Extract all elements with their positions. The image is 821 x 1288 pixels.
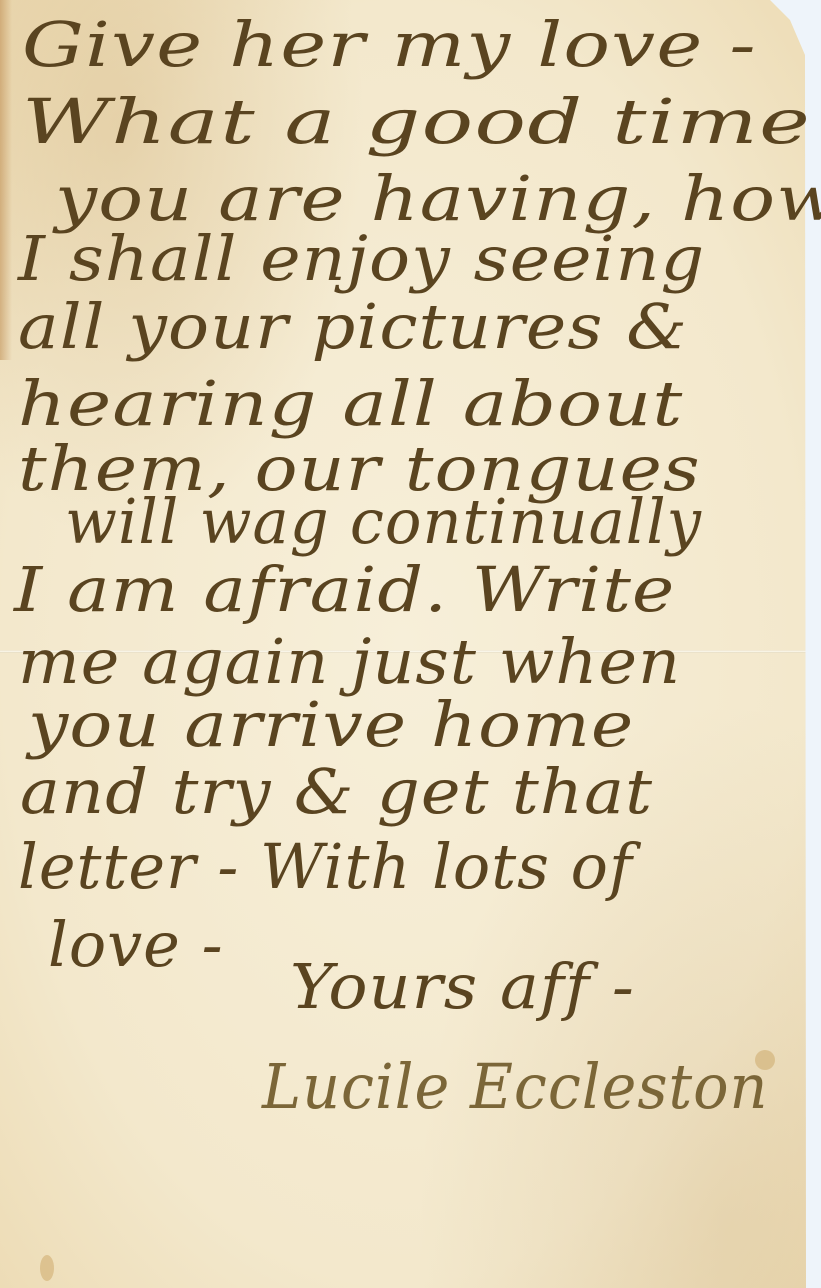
letter-body: Give her my love - What a good time you … [0,0,808,1288]
letter-line: and try & get that [20,755,653,828]
letter-signature: Lucile Eccleston [262,1050,768,1123]
letter-line: hearing all about [18,367,683,440]
letter-line: letter - With lots of [18,830,633,903]
letter-closing: Yours aff - [290,950,635,1023]
letter-line: I shall enjoy seeing [18,222,705,295]
letter-line: Give her my love - [22,8,757,81]
letter-line: all your pictures & [18,290,688,363]
letter-line: What a good time [22,85,811,158]
letter-line: I am afraid. Write [14,553,675,626]
letter-line: love - [48,908,224,981]
letter-line: you arrive home [28,688,634,761]
letter-line: will wag continually [65,485,702,558]
